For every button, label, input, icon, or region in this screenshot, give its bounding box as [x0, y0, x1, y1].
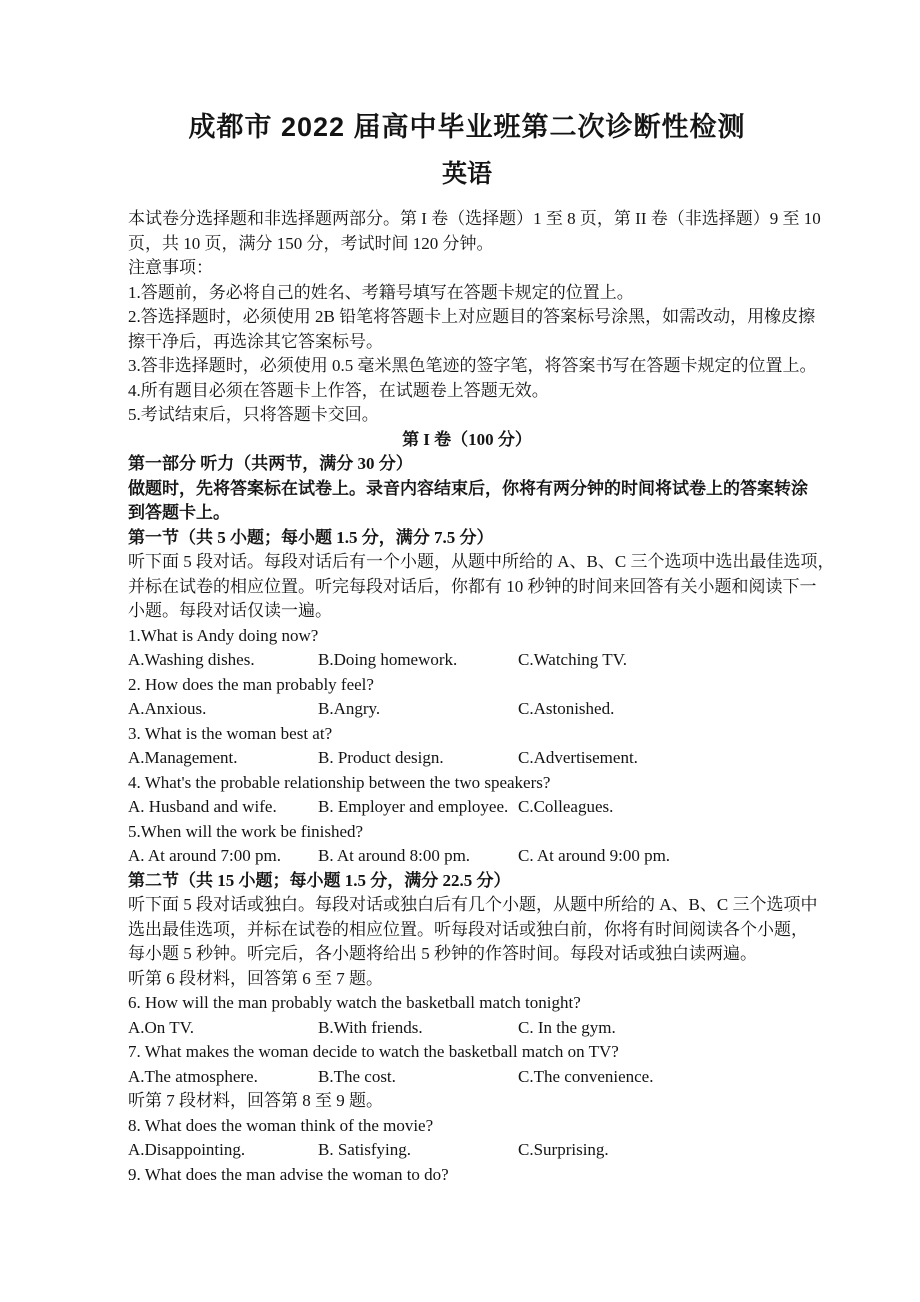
question-3-option-c: C.Advertisement. — [518, 746, 638, 771]
question-5-options: A. At around 7:00 pm.B. At around 8:00 p… — [128, 844, 806, 869]
question-2-option-c: C.Astonished. — [518, 697, 614, 722]
question-2-text: 2. How does the man probably feel? — [128, 673, 806, 698]
question-1-option-b: B.Doing homework. — [318, 648, 518, 673]
question-6-option-a: A.On TV. — [128, 1016, 318, 1041]
section-1-direction-2: 并标在试卷的相应位置。听完每段对话后，你都有 10 秒钟的时间来回答有关小题和阅… — [128, 575, 806, 600]
material-7-line: 听第 7 段材料，回答第 8 至 9 题。 — [128, 1089, 806, 1114]
question-7-option-b: B.The cost. — [318, 1065, 518, 1090]
question-2-options: A.Anxious.B.Angry.C.Astonished. — [128, 697, 806, 722]
question-5-option-b: B. At around 8:00 pm. — [318, 844, 518, 869]
question-8-option-a: A.Disappointing. — [128, 1138, 318, 1163]
notice-2: 2.答选择题时，必须使用 2B 铅笔将答题卡上对应题目的答案标号涂黑，如需改动，… — [128, 305, 806, 330]
question-6-text: 6. How will the man probably watch the b… — [128, 991, 806, 1016]
question-6-options: A.On TV.B.With friends.C. In the gym. — [128, 1016, 806, 1041]
question-5-option-c: C. At around 9:00 pm. — [518, 844, 670, 869]
notice-2-continued: 擦干净后，再选涂其它答案标号。 — [128, 330, 806, 355]
section-2-heading: 第二节（共 15 小题；每小题 1.5 分，满分 22.5 分） — [128, 869, 806, 894]
material-6-line: 听第 6 段材料，回答第 6 至 7 题。 — [128, 967, 806, 992]
question-8-options: A.Disappointing.B. Satisfying.C.Surprisi… — [128, 1138, 806, 1163]
question-7-option-c: C.The convenience. — [518, 1065, 653, 1090]
section-2-direction-3: 每小题 5 秒钟。听完后，各小题将给出 5 秒钟的作答时间。每段对话或独白读两遍… — [128, 942, 806, 967]
exam-paper-page: 成都市 2022 届高中毕业班第二次诊断性检测 英语 本试卷分选择题和非选择题两… — [0, 0, 920, 1302]
notice-3: 3.答非选择题时，必须使用 0.5 毫米黑色笔迹的签字笔，将答案书写在答题卡规定… — [128, 354, 806, 379]
section-1-direction-3: 小题。每段对话仅读一遍。 — [128, 599, 806, 624]
question-6-option-c: C. In the gym. — [518, 1016, 616, 1041]
listening-note-line-1: 做题时，先将答案标在试卷上。录音内容结束后，你将有两分钟的时间将试卷上的答案转涂 — [128, 477, 806, 502]
question-1-option-c: C.Watching TV. — [518, 648, 627, 673]
question-9-text: 9. What does the man advise the woman to… — [128, 1163, 806, 1188]
question-3-options: A.Management.B. Product design.C.Adverti… — [128, 746, 806, 771]
listening-note-line-2: 到答题卡上。 — [128, 501, 806, 526]
section-1-heading: 第一节（共 5 小题；每小题 1.5 分，满分 7.5 分） — [128, 526, 806, 551]
question-1-text: 1.What is Andy doing now? — [128, 624, 806, 649]
section-1-direction-1: 听下面 5 段对话。每段对话后有一个小题，从题中所给的 A、B、C 三个选项中选… — [128, 550, 806, 575]
exam-subject: 英语 — [128, 159, 806, 189]
notice-heading: 注意事项： — [128, 256, 806, 281]
question-8-text: 8. What does the woman think of the movi… — [128, 1114, 806, 1139]
preamble-line-2: 页，共 10 页，满分 150 分，考试时间 120 分钟。 — [128, 232, 806, 257]
question-3-option-b: B. Product design. — [318, 746, 518, 771]
question-1-options: A.Washing dishes.B.Doing homework.C.Watc… — [128, 648, 806, 673]
question-4-option-a: A. Husband and wife. — [128, 795, 318, 820]
question-5-option-a: A. At around 7:00 pm. — [128, 844, 318, 869]
question-4-option-b: B. Employer and employee. — [318, 795, 518, 820]
notice-1: 1.答题前，务必将自己的姓名、考籍号填写在答题卡规定的位置上。 — [128, 281, 806, 306]
notice-5: 5.考试结束后，只将答题卡交回。 — [128, 403, 806, 428]
question-1-option-a: A.Washing dishes. — [128, 648, 318, 673]
preamble-line-1: 本试卷分选择题和非选择题两部分。第 I 卷（选择题）1 至 8 页，第 II 卷… — [128, 207, 806, 232]
section-2-direction-2: 选出最佳选项，并标在试卷的相应位置。听每段对话或独白前，你将有时间阅读各个小题， — [128, 918, 806, 943]
volume-1-heading: 第 I 卷（100 分） — [128, 428, 806, 453]
exam-title: 成都市 2022 届高中毕业班第二次诊断性检测 — [128, 110, 806, 144]
question-2-option-a: A.Anxious. — [128, 697, 318, 722]
question-7-options: A.The atmosphere.B.The cost.C.The conven… — [128, 1065, 806, 1090]
question-8-option-b: B. Satisfying. — [318, 1138, 518, 1163]
notice-4: 4.所有题目必须在答题卡上作答，在试题卷上答题无效。 — [128, 379, 806, 404]
exam-content: 成都市 2022 届高中毕业班第二次诊断性检测 英语 本试卷分选择题和非选择题两… — [128, 110, 806, 1187]
question-7-option-a: A.The atmosphere. — [128, 1065, 318, 1090]
question-4-text: 4. What's the probable relationship betw… — [128, 771, 806, 796]
question-7-text: 7. What makes the woman decide to watch … — [128, 1040, 806, 1065]
question-4-option-c: C.Colleagues. — [518, 795, 613, 820]
section-2-direction-1: 听下面 5 段对话或独白。每段对话或独白后有几个小题，从题中所给的 A、B、C … — [128, 893, 806, 918]
question-4-options: A. Husband and wife.B. Employer and empl… — [128, 795, 806, 820]
question-5-text: 5.When will the work be finished? — [128, 820, 806, 845]
question-3-option-a: A.Management. — [128, 746, 318, 771]
question-2-option-b: B.Angry. — [318, 697, 518, 722]
question-6-option-b: B.With friends. — [318, 1016, 518, 1041]
question-8-option-c: C.Surprising. — [518, 1138, 609, 1163]
part-1-heading: 第一部分 听力（共两节，满分 30 分） — [128, 452, 806, 477]
question-3-text: 3. What is the woman best at? — [128, 722, 806, 747]
